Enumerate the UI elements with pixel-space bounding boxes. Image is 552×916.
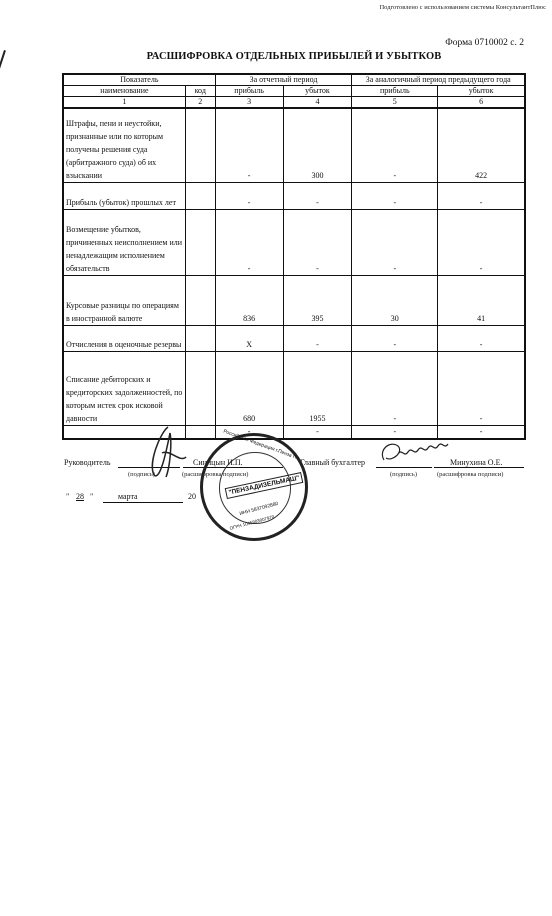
prev-profit-cell: - — [352, 325, 438, 351]
row-code-cell — [185, 182, 215, 209]
cur-loss-cell: 1955 — [283, 351, 352, 425]
row-name-cell: Штрафы, пени и неустойки, признанные или… — [64, 108, 186, 182]
row-code-cell — [185, 351, 215, 425]
colnum-1: 1 — [64, 97, 186, 109]
row-name-cell: Возмещение убытков, причиненных неисполн… — [64, 209, 186, 275]
prev-loss-cell: - — [438, 351, 525, 425]
prepared-with-note: Подготовлено с использованием системы Ко… — [379, 4, 546, 11]
subheader-prev-loss: убыток — [438, 86, 525, 97]
prev-profit-cell: - — [352, 108, 438, 182]
cur-profit-cell: - — [215, 209, 283, 275]
page-title: РАСШИФРОВКА ОТДЕЛЬНЫХ ПРИБЫЛЕЙ И УБЫТКОВ — [0, 51, 552, 62]
cur-profit-cell: X — [215, 325, 283, 351]
chief-signature-scribble — [376, 440, 456, 466]
profit-loss-table: Показатель За отчетный период За аналоги… — [63, 74, 525, 439]
prev-loss-cell: - — [438, 325, 525, 351]
date-month: марта — [118, 492, 138, 501]
prev-loss-cell: - — [438, 182, 525, 209]
cur-profit-cell: 680 — [215, 351, 283, 425]
header-indicator: Показатель — [64, 75, 216, 86]
cur-profit-cell: 836 — [215, 275, 283, 325]
date-month-line — [103, 492, 183, 503]
colnum-3: 3 — [215, 97, 283, 109]
row-code-cell — [185, 209, 215, 275]
row-code-cell — [185, 325, 215, 351]
subheader-code: код — [185, 86, 215, 97]
cur-loss-cell: 395 — [283, 275, 352, 325]
cur-profit-cell: - — [215, 182, 283, 209]
row-name-cell: Прибыль (убыток) прошлых лет — [64, 182, 186, 209]
prev-profit-cell: - — [352, 425, 438, 438]
group-header-row: Показатель За отчетный период За аналоги… — [64, 75, 525, 86]
row-code-cell — [185, 275, 215, 325]
column-number-row: 1 2 3 4 5 6 — [64, 97, 525, 109]
chief-decoding-caption: (расшифровка подписи) — [437, 471, 503, 478]
form-number: Форма 0710002 с. 2 — [445, 38, 524, 48]
prev-loss-cell: 422 — [438, 108, 525, 182]
cur-loss-cell: 300 — [283, 108, 352, 182]
cur-profit-cell: - — [215, 108, 283, 182]
row-name-cell: Курсовые разницы по операциям в иностран… — [64, 275, 186, 325]
subheader-cur-profit: прибыль — [215, 86, 283, 97]
sub-header-row: наименование код прибыль убыток прибыль … — [64, 86, 525, 97]
colnum-2: 2 — [185, 97, 215, 109]
table-row: Штрафы, пени и неустойки, признанные или… — [64, 108, 525, 182]
company-seal: Российская Федерация г.Пенза Первомайски… — [200, 433, 308, 541]
colnum-5: 5 — [352, 97, 438, 109]
table-row: Отчисления в оценочные резервыX--- — [64, 325, 525, 351]
prev-loss-cell: 41 — [438, 275, 525, 325]
head-label: Руководитель — [64, 458, 110, 467]
cur-loss-cell: - — [283, 425, 352, 438]
chief-accountant-label: Главный бухгалтер — [300, 458, 365, 467]
date-quote-close: " — [90, 492, 93, 501]
head-signature-scribble — [140, 423, 190, 483]
table-row: Списание дебиторских и кредиторских задо… — [64, 351, 525, 425]
cur-loss-cell: - — [283, 325, 352, 351]
prev-profit-cell: - — [352, 351, 438, 425]
date-year: 20 — [188, 492, 196, 501]
header-current-period: За отчетный период — [215, 75, 352, 86]
table-row: Возмещение убытков, причиненных неисполн… — [64, 209, 525, 275]
subheader-name: наименование — [64, 86, 186, 97]
row-name-cell: Отчисления в оценочные резервы — [64, 325, 186, 351]
colnum-6: 6 — [438, 97, 525, 109]
table-row: ---- — [64, 425, 525, 438]
row-code-cell — [185, 108, 215, 182]
cur-loss-cell: - — [283, 182, 352, 209]
subheader-cur-loss: убыток — [283, 86, 352, 97]
colnum-4: 4 — [283, 97, 352, 109]
date-quote-open: " — [66, 492, 69, 501]
chief-accountant-name: Минухина О.Е. — [450, 458, 502, 467]
prev-profit-cell: 30 — [352, 275, 438, 325]
prev-loss-cell: - — [438, 209, 525, 275]
prev-profit-cell: - — [352, 182, 438, 209]
prev-profit-cell: - — [352, 209, 438, 275]
subheader-prev-profit: прибыль — [352, 86, 438, 97]
header-previous-period: За аналогичный период предыдущего года — [352, 75, 525, 86]
cur-loss-cell: - — [283, 209, 352, 275]
row-name-cell: Списание дебиторских и кредиторских задо… — [64, 351, 186, 425]
date-day: 28 — [76, 492, 84, 501]
chief-signature-caption: (подпись) — [390, 471, 417, 478]
table-row: Курсовые разницы по операциям в иностран… — [64, 275, 525, 325]
prev-loss-cell: - — [438, 425, 525, 438]
table-row: Прибыль (убыток) прошлых лет---- — [64, 182, 525, 209]
